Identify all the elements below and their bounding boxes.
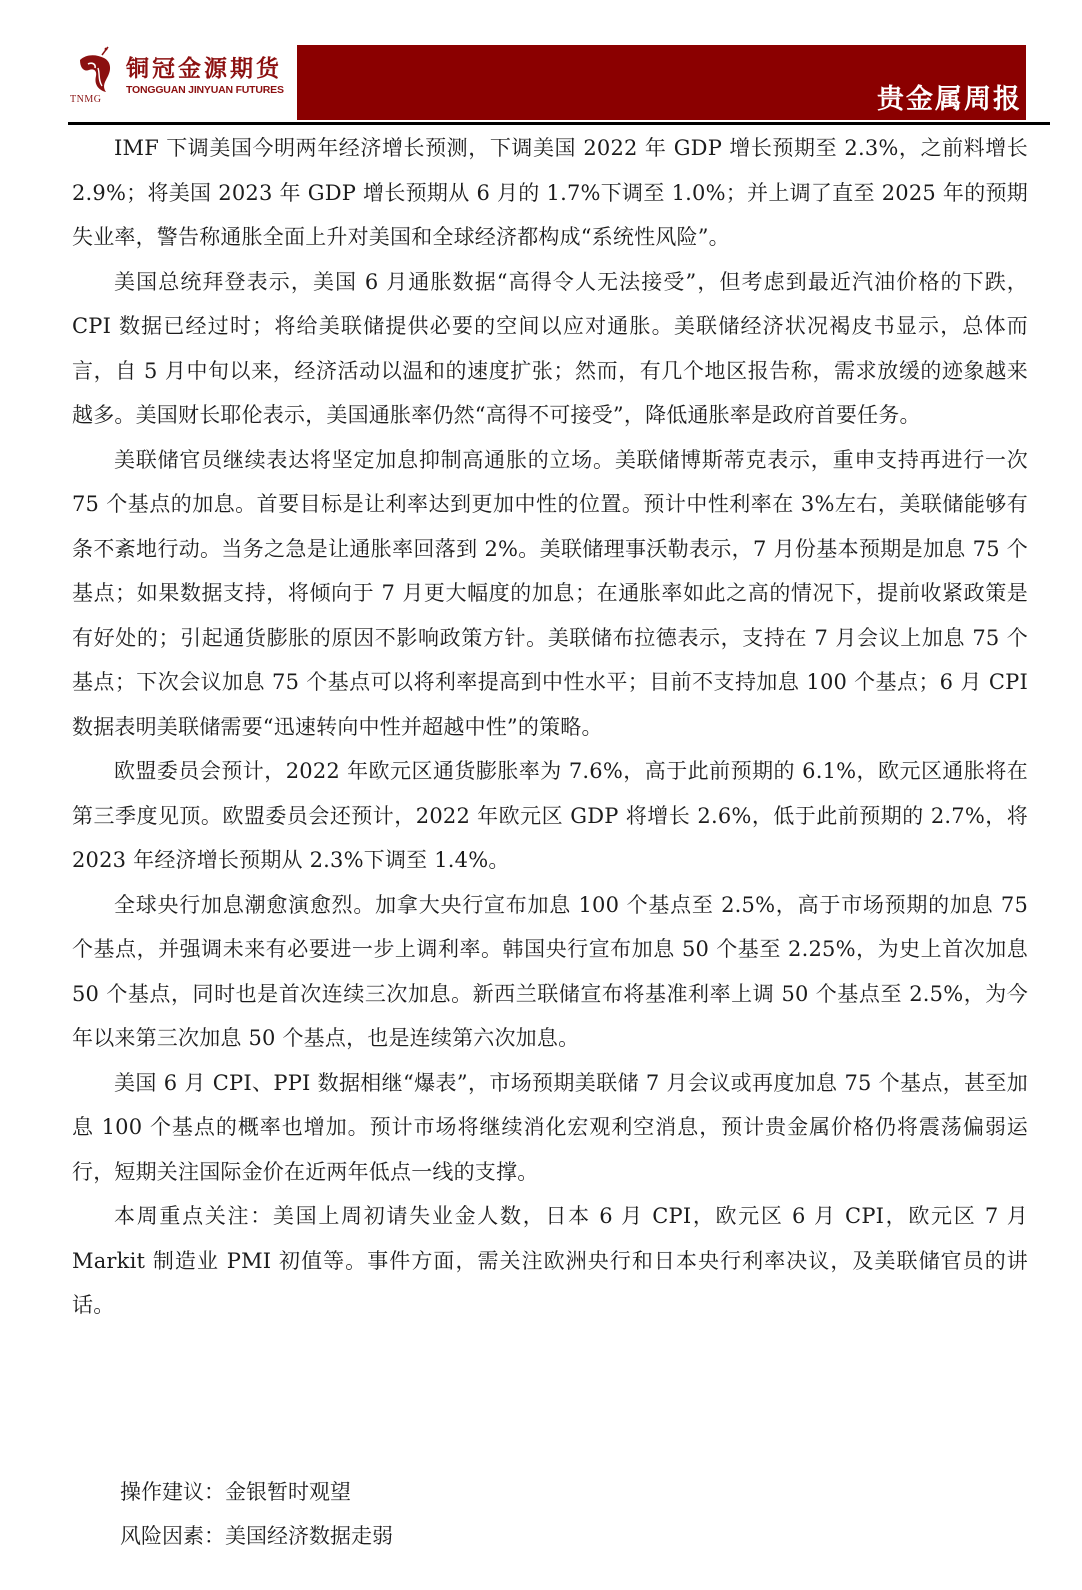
paragraph-fed-officials: 美联储官员继续表达将坚定加息抑制高通胀的立场。美联储博斯蒂克表示，重申支持再进行… [72, 438, 1028, 750]
operation-advice: 操作建议：金银暂时观望 [120, 1470, 393, 1514]
advice-section: 操作建议：金银暂时观望 风险因素：美国经济数据走弱 [120, 1470, 393, 1558]
company-name-cn: 铜冠金源期货 [126, 50, 282, 83]
logo-tnmg-text: TNMG [70, 94, 101, 105]
paragraph-us-inflation: 美国总统拜登表示，美国 6 月通胀数据“高得令人无法接受”，但考虑到最近汽油价格… [72, 260, 1028, 438]
paragraph-weekly-focus: 本周重点关注：美国上周初请失业金人数，日本 6 月 CPI，欧元区 6 月 CP… [72, 1194, 1028, 1328]
tnmg-emblem-icon [74, 46, 118, 94]
report-title-banner: 贵金属周报 [297, 45, 1026, 120]
header-divider [68, 122, 1050, 125]
report-title: 贵金属周报 [877, 77, 1022, 116]
company-logo: TNMG 铜冠金源期货 TONGGUAN JINYUAN FUTURES [70, 42, 300, 108]
paragraph-eu-commission: 欧盟委员会预计，2022 年欧元区通货膨胀率为 7.6%，高于此前预期的 6.1… [72, 749, 1028, 883]
risk-factors: 风险因素：美国经济数据走弱 [120, 1514, 393, 1558]
paragraph-imf-forecast: IMF 下调美国今明两年经济增长预测，下调美国 2022 年 GDP 增长预期至… [72, 126, 1028, 260]
paragraph-global-central-banks: 全球央行加息潮愈演愈烈。加拿大央行宣布加息 100 个基点至 2.5%，高于市场… [72, 883, 1028, 1061]
company-name-en: TONGGUAN JINYUAN FUTURES [126, 84, 284, 96]
page-header: TNMG 铜冠金源期货 TONGGUAN JINYUAN FUTURES 贵金属… [0, 0, 1082, 130]
report-body: IMF 下调美国今明两年经济增长预测，下调美国 2022 年 GDP 增长预期至… [72, 126, 1028, 1328]
paragraph-market-outlook: 美国 6 月 CPI、PPI 数据相继“爆表”，市场预期美联储 7 月会议或再度… [72, 1061, 1028, 1195]
